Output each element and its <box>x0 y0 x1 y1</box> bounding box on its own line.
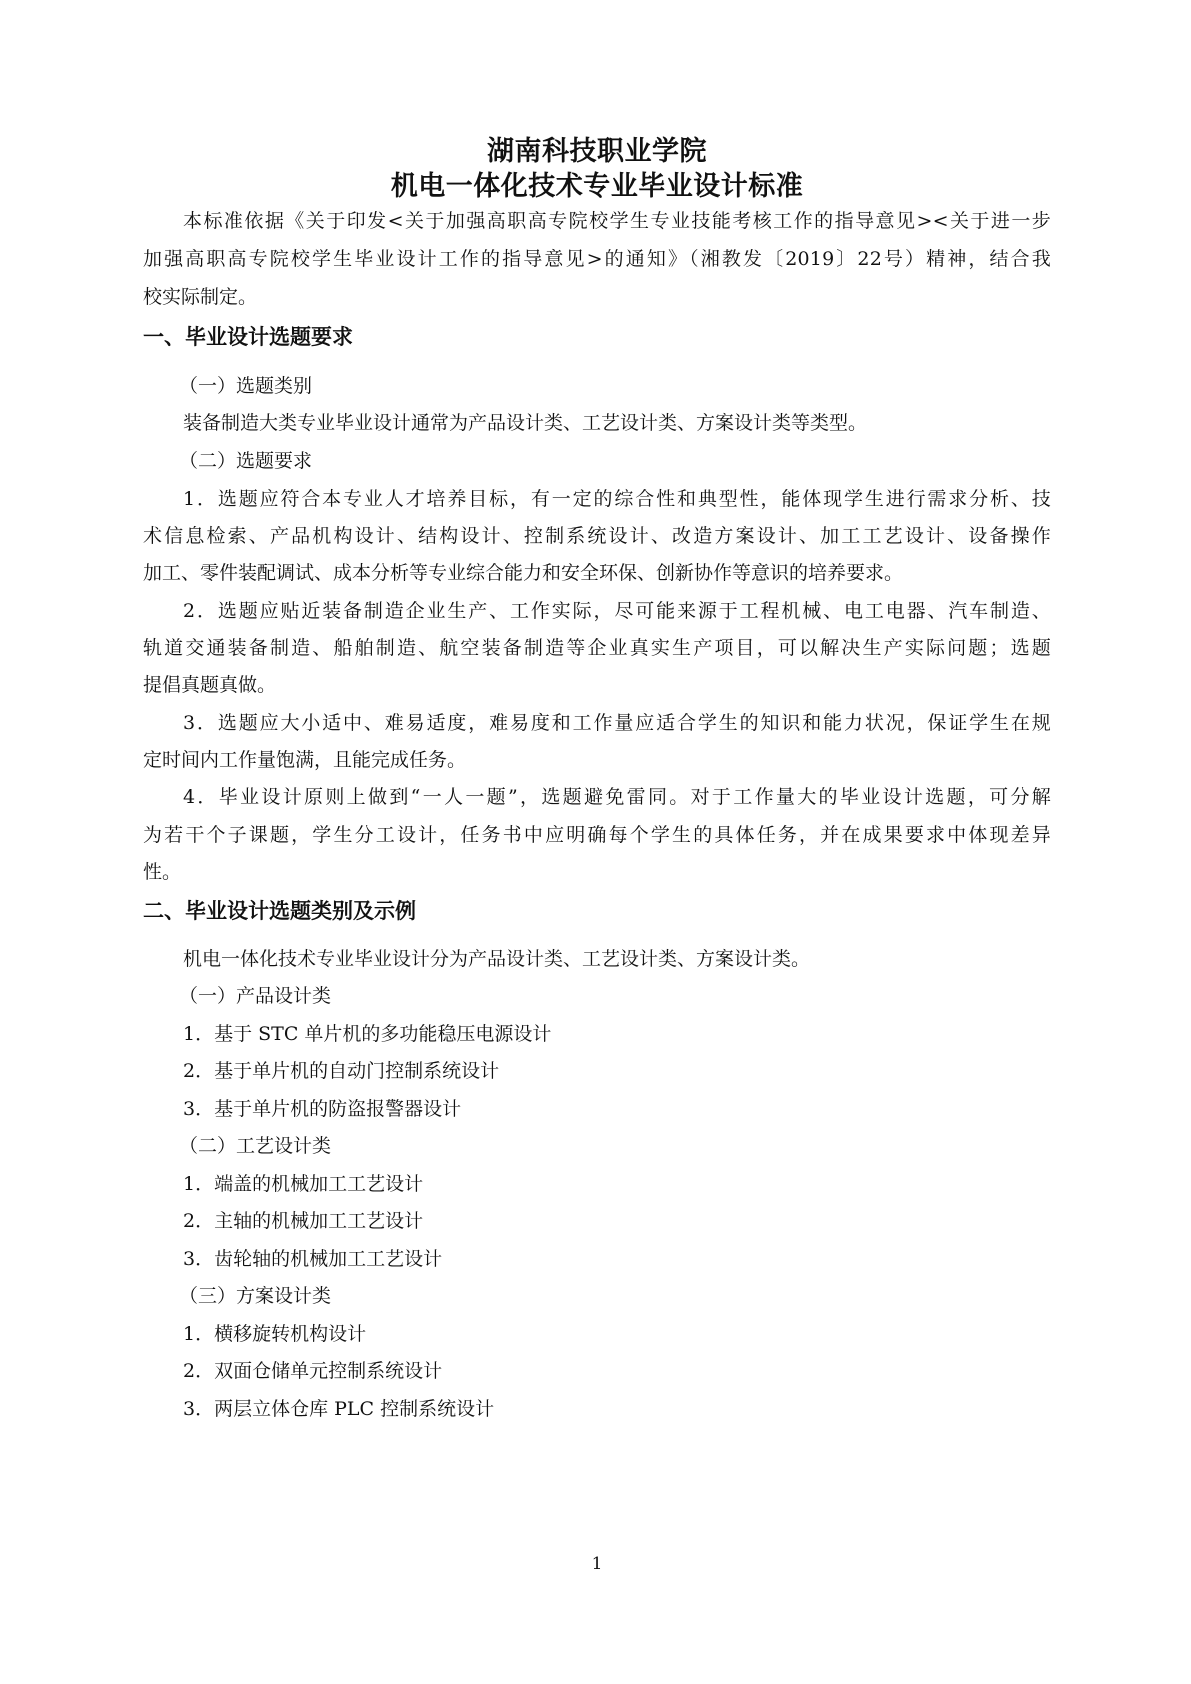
example-item: 1．基于 STC 单片机的多功能稳压电源设计 <box>183 1021 551 1047</box>
example-item: 2．双面仓储单元控制系统设计 <box>183 1358 442 1384</box>
example-item: 2．主轴的机械加工工艺设计 <box>183 1208 423 1234</box>
requirement-2-line: 2．选题应贴近装备制造企业生产、工作实际，尽可能来源于工程机械、电工电器、汽车制… <box>183 598 1051 624</box>
section-heading-topic-requirements: 一、毕业设计选题要求 <box>143 323 353 351</box>
requirement-4-line: 性。 <box>143 859 181 885</box>
subsection-heading-topic-category: （一）选题类别 <box>179 373 312 399</box>
intro-paragraph-line: 本标准依据《关于印发<关于加强高职高专院校学生专业技能考核工作的指导意见><关于… <box>183 208 1051 234</box>
example-item: 2．基于单片机的自动门控制系统设计 <box>183 1058 499 1084</box>
example-item: 3．齿轮轴的机械加工工艺设计 <box>183 1246 442 1272</box>
requirement-3-line: 3．选题应大小适中、难易适度，难易度和工作量应适合学生的知识和能力状况，保证学生… <box>183 710 1051 736</box>
intro-paragraph-line: 校实际制定。 <box>143 284 257 310</box>
paragraph: 机电一体化技术专业毕业设计分为产品设计类、工艺设计类、方案设计类。 <box>183 946 810 972</box>
document-title-school: 湖南科技职业学院 <box>143 135 1051 169</box>
requirement-2-line: 轨道交通装备制造、船舶制造、航空装备制造等企业真实生产项目，可以解决生产实际问题… <box>143 635 1051 661</box>
document-title-standard: 机电一体化技术专业毕业设计标准 <box>143 170 1051 204</box>
requirement-4-line: 4．毕业设计原则上做到“一人一题”，选题避免雷同。对于工作量大的毕业设计选题，可… <box>183 784 1051 810</box>
category-heading-scheme-design: （三）方案设计类 <box>179 1283 331 1309</box>
intro-paragraph-line: 加强高职高专院校学生毕业设计工作的指导意见>的通知》（湘教发〔2019〕22号）… <box>143 246 1051 272</box>
requirement-3-line: 定时间内工作量饱满，且能完成任务。 <box>143 747 466 773</box>
example-item: 1．横移旋转机构设计 <box>183 1321 366 1347</box>
requirement-2-line: 提倡真题真做。 <box>143 672 276 698</box>
requirement-1-line: 加工、零件装配调试、成本分析等专业综合能力和安全环保、创新协作等意识的培养要求。 <box>143 560 903 586</box>
requirement-1-line: 1．选题应符合本专业人才培养目标，有一定的综合性和典型性，能体现学生进行需求分析… <box>183 486 1051 512</box>
requirement-1-line: 术信息检索、产品机构设计、结构设计、控制系统设计、改造方案设计、加工工艺设计、设… <box>143 523 1051 549</box>
subsection-heading-topic-requirements: （二）选题要求 <box>179 448 312 474</box>
category-heading-process-design: （二）工艺设计类 <box>179 1133 331 1159</box>
requirement-4-line: 为若干个子课题，学生分工设计，任务书中应明确每个学生的具体任务，并在成果要求中体… <box>143 822 1051 848</box>
section-heading-topic-examples: 二、毕业设计选题类别及示例 <box>143 897 416 925</box>
example-item: 1．端盖的机械加工工艺设计 <box>183 1171 423 1197</box>
example-item: 3．基于单片机的防盗报警器设计 <box>183 1096 461 1122</box>
page-number: 1 <box>143 1553 1051 1575</box>
category-heading-product-design: （一）产品设计类 <box>179 983 331 1009</box>
paragraph: 装备制造大类专业毕业设计通常为产品设计类、工艺设计类、方案设计类等类型。 <box>183 410 867 436</box>
example-item: 3．两层立体仓库 PLC 控制系统设计 <box>183 1396 494 1422</box>
